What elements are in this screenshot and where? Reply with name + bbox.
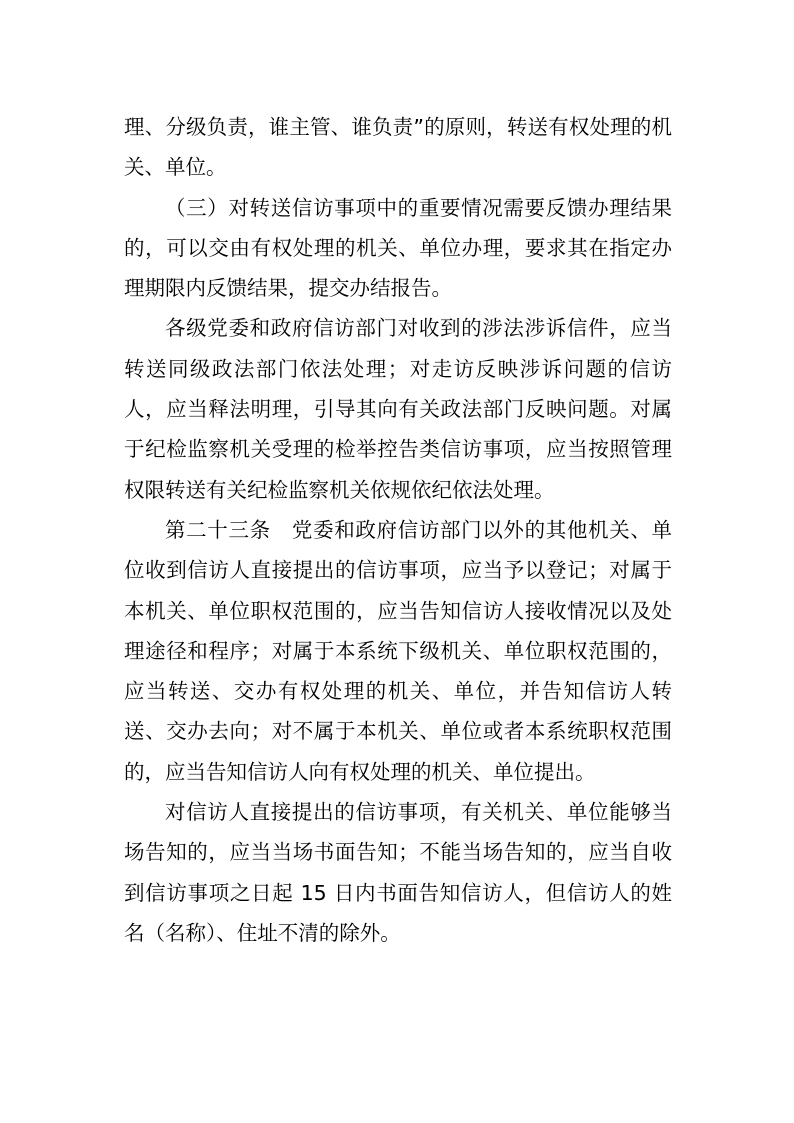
paragraph-continuation: 理、分级负责，谁主管、谁负责”的原则，转送有权处理的机关、单位。 — [124, 107, 672, 188]
paragraph-direct-notice: 对信访人直接提出的信访事项，有关机关、单位能够当场告知的，应当当场书面告知；不能… — [124, 792, 672, 953]
document-page: 理、分级负责，谁主管、谁负责”的原则，转送有权处理的机关、单位。 （三）对转送信… — [124, 107, 672, 953]
paragraph-legal-referral: 各级党委和政府信访部门对收到的涉法涉诉信件，应当转送同级政法部门依法处理；对走访… — [124, 308, 672, 509]
paragraph-article-23: 第二十三条 党委和政府信访部门以外的其他机关、单位收到信访人直接提出的信访事项，… — [124, 510, 672, 792]
paragraph-item-three: （三）对转送信访事项中的重要情况需要反馈办理结果的，可以交由有权处理的机关、单位… — [124, 188, 672, 309]
